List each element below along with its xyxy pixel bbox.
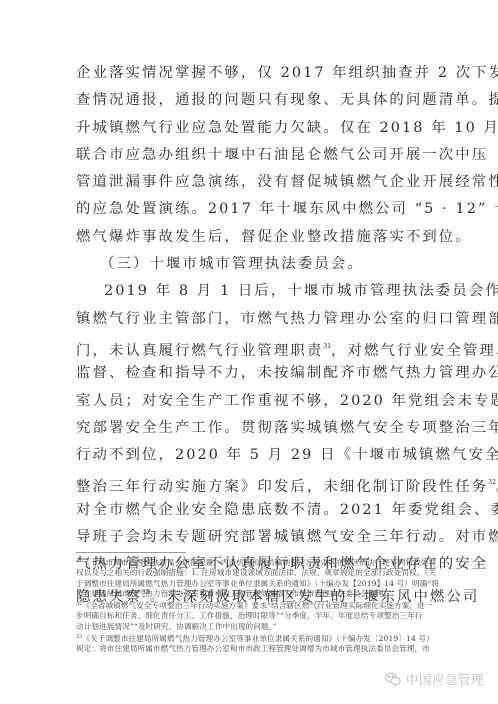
section-line: 镇燃气行业主管部门，市燃气热力管理办公室的归口管理部 xyxy=(76,306,422,333)
section-line: 行动不到位，2020 年 5 月 29 日《十堰市城镇燃气安全专项 xyxy=(76,442,422,469)
section-line: 对全市燃气企业安全隐患底数不清。2021 年委党组会、委领 xyxy=(76,497,422,524)
body-line: 管道泄漏事件应急演练，没有督促城镇燃气企业开展经常性 xyxy=(76,169,422,196)
footnote-31-line: 31《十堰市城市管理执法委员会职能配置、内设机构和人员编制规定》规定其在城区依法… xyxy=(76,556,422,568)
footnote-33-line: 33《关于调整市住建局所属燃气热力管理办公室等事业单位隶属关系的通知》（十编办发… xyxy=(76,632,422,644)
footnotes: 31《十堰市城市管理执法委员会职能配置、内设机构和人员编制规定》规定其在城区依法… xyxy=(76,556,422,655)
footnote-31-line: 于调整市住建局所属燃气热力管理办公室等事业单位隶属关系的通知》（十编办发【201… xyxy=(76,579,422,589)
footnote-ref-32[interactable]: 32 xyxy=(488,479,496,486)
wechat-icon xyxy=(384,671,402,687)
section-line: 究部署安全生产工作。贯彻落实城镇燃气安全专项整治三年 xyxy=(76,415,422,442)
section-line: 门，未认真履行燃气行业管理职责31，对燃气行业安全管理、 xyxy=(76,333,422,360)
footnote-32-line: 32《全省城镇燃气安全专项整治三年行动实施方案》要求“结合辖区燃气行业管理实际细… xyxy=(76,599,422,611)
section-line: 2019 年 8 月 1 日后，十堰市城市管理执法委员会作为城 xyxy=(76,278,422,305)
body-line: 联合市应急办组织十堰中石油昆仑燃气公司开展一次中压 xyxy=(76,142,422,169)
footnote-ref-31[interactable]: 31 xyxy=(323,343,331,350)
watermark-text: 中国应急管理 xyxy=(406,670,484,688)
section-heading: （三）十堰市城市管理执法委员会。 xyxy=(76,251,422,278)
footnote-32-line: 步明确目标和任务、细化责任分工、工作措施、治理时限等”“分季度、半年、年度总结专… xyxy=(76,611,422,621)
section-line: 导班子会均未专题研究部署城镇燃气安全三年行动。对市燃 xyxy=(76,524,422,551)
body-line: 企业落实情况掌握不够，仅 2017 年组织抽查并 2 次下发抽 xyxy=(76,60,422,87)
footnote-32-line: 动计划进展情况”“及时研究、协调解决工作中出现的问题。” xyxy=(76,622,422,632)
section-line: 整治三年行动实施方案》印发后，未细化制订阶段性任务32。 xyxy=(76,469,422,496)
body-line: 升城镇燃气行业应急处置能力欠缺。仅在 2018 年 10 月底， xyxy=(76,115,422,142)
footnote-33-line: 规定：将市住建局所属市燃气热力管理办公室和市市政工程管理处调增为市城市管理执法委… xyxy=(76,644,422,654)
body-line: 燃气爆炸事故发生后，督促企业整改措施落实不到位。 xyxy=(76,224,422,251)
body-line: 查情况通报，通报的问题只有现象、无具体的问题清单。提 xyxy=(76,87,422,114)
section-line: 室人员；对安全生产工作重视不够，2020 年党组会未专题研 xyxy=(76,388,422,415)
section-line: 监督、检查和指导不力，未按编制配齐市燃气热力管理办公 xyxy=(76,360,422,387)
body-line: 的应急处置演练。2017 年十堰东风中燃公司 “5 · 12” 一般 xyxy=(76,196,422,223)
footnote-31-line: 权以及与之相关的行政强制措施：1. 住房城市建设领域方面法律、法规、规章规定的全… xyxy=(76,568,422,578)
document-page: 企业落实情况掌握不够，仅 2017 年组织抽查并 2 次下发抽 查情况通报，通报… xyxy=(76,60,422,606)
footnote-31-line: 市住建局所属市燃气热力管理办公室和市市政工程管理处调增为市城市管理执法委员会管理… xyxy=(76,589,422,599)
watermark: 中国应急管理 xyxy=(384,670,484,688)
footnote-divider xyxy=(76,552,186,553)
